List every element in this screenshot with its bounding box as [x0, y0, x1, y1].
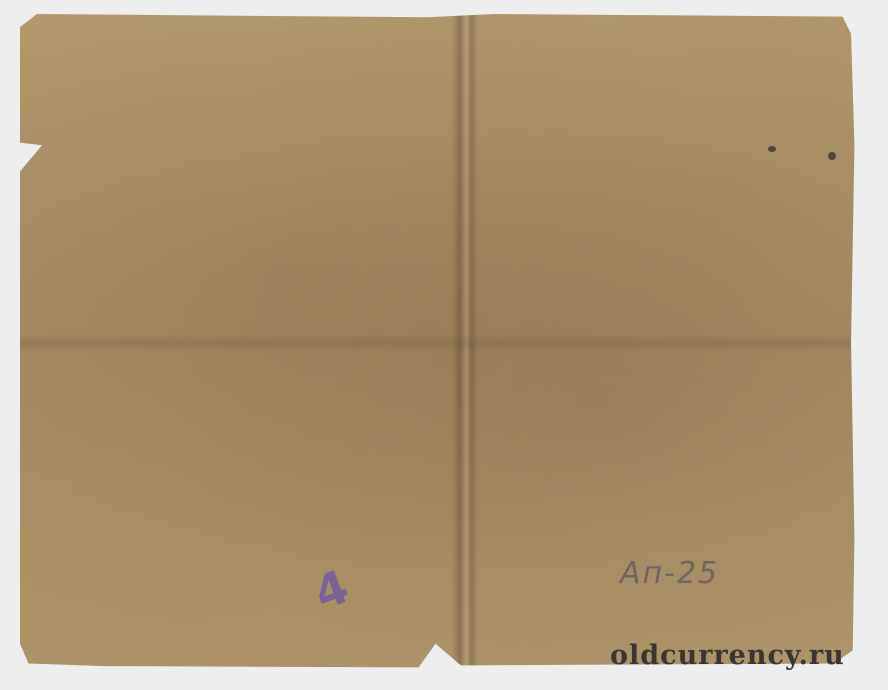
ink-spot	[828, 152, 836, 160]
horizontal-fold	[20, 334, 868, 352]
pencil-annotation: Ап-25	[620, 556, 719, 591]
banknote-reverse	[20, 14, 868, 670]
site-watermark: oldcurrency.ru	[610, 640, 845, 671]
ink-spot	[768, 146, 776, 152]
